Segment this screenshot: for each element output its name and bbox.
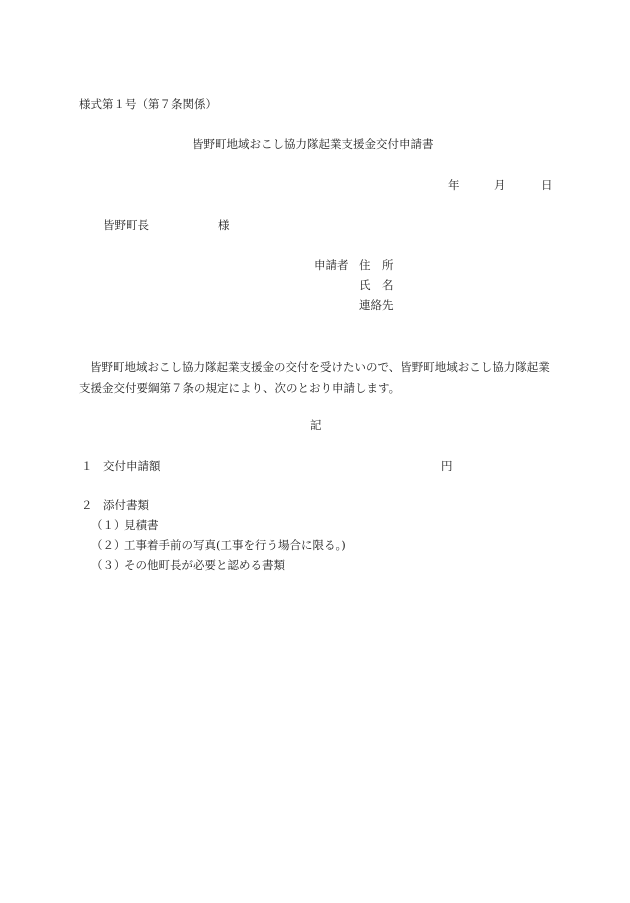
subitem-1-number: （１） [91,518,126,532]
item-1-label: 交付申請額 [103,459,161,473]
contact-field-label: 連絡先 [359,298,394,312]
address-field-label: 住 所 [359,258,394,272]
addressee-honorific: 様 [218,218,230,232]
subitem-2-text: 工事着手前の写真(工事を行う場合に限る。) [124,538,346,552]
date-year-label: 年 [448,178,460,192]
name-field-label: 氏 名 [359,278,394,292]
document-title: 皆野町地域おこし協力隊起業支援金交付申請書 [192,137,434,151]
date-month-label: 月 [494,178,506,192]
subitem-3-number: （３） [91,558,126,572]
subitem-2-number: （２） [91,538,126,552]
ki-heading: 記 [310,418,322,432]
item-2-number: ２ [81,498,93,512]
item-2-label: 添付書類 [103,498,149,512]
date-day-label: 日 [541,178,553,192]
item-1-number: １ [81,459,93,473]
subitem-1-text: 見積書 [124,518,159,532]
addressee-name: 皆野町長 [103,218,149,232]
subitem-3-text: その他町長が必要と認める書類 [124,558,285,572]
amount-unit: 円 [441,459,453,473]
body-paragraph: 皆野町地域おこし協力隊起業支援金の交付を受けたいので、皆野町地域おこし協力隊起業… [79,357,554,399]
applicant-label: 申請者 [314,258,349,272]
form-number: 様式第１号（第７条関係） [79,97,217,111]
